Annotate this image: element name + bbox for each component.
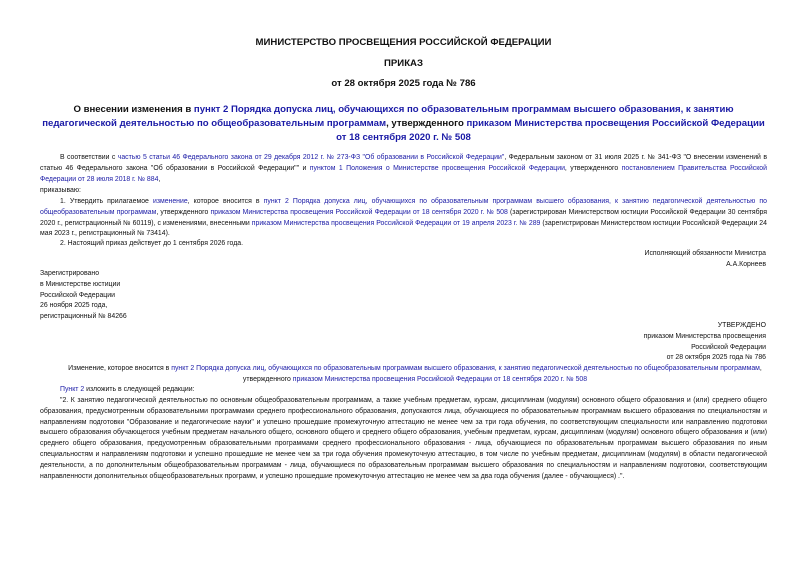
punkt-2-instruction: Пункт 2 изложить в следующей редакции:	[40, 385, 767, 396]
signatory-position: Исполняющий обязанности Министра	[645, 249, 766, 260]
document-page: МИНИСТЕРСТВО ПРОСВЕЩЕНИЯ РОССИЙСКОЙ ФЕДЕ…	[0, 0, 807, 571]
link-polozhenie[interactable]: пунктом 1 Положения о Министерстве просв…	[310, 165, 565, 172]
new-wording-paragraph: "2. К занятию педагогической деятельност…	[40, 396, 767, 482]
preamble-text: В соответствии с	[60, 154, 118, 161]
document-type: ПРИКАЗ	[0, 58, 807, 69]
registration-line: Российской Федерации	[40, 291, 127, 302]
registration-block: Зарегистрировано в Министерстве юстиции …	[40, 269, 127, 323]
prikazyvayu-text: приказываю:	[40, 186, 767, 197]
signatory-name: А.А.Корнеев	[645, 260, 766, 271]
change-title: Изменение, которое вносится в пункт 2 По…	[60, 364, 770, 386]
title-text: , утвержденного	[386, 118, 466, 129]
link-prikaz-508[interactable]: приказом Министерства просвещения Россий…	[211, 209, 508, 216]
preamble-text: , утвержденного	[565, 165, 622, 172]
registration-date: 26 ноября 2025 года,	[40, 301, 127, 312]
preamble-paragraph: В соответствии с частью 5 статьи 46 Феде…	[40, 153, 767, 185]
change-link-prikaz-508[interactable]: приказом Министерства просвещения Россий…	[293, 376, 587, 383]
link-izmenenie[interactable]: изменение	[153, 198, 188, 205]
approval-line: Российской Федерации	[644, 343, 766, 354]
item1-text: , которое вносится в	[188, 198, 264, 205]
approval-heading: УТВЕРЖДЕНО	[644, 321, 766, 332]
registration-line: Зарегистрировано	[40, 269, 127, 280]
item1-text: 1. Утвердить прилагаемое	[60, 198, 153, 205]
approval-block: УТВЕРЖДЕНО приказом Министерства просвещ…	[644, 321, 766, 364]
link-prikaz-289[interactable]: приказом Министерства просвещения Россий…	[252, 220, 541, 227]
registration-number: регистрационный № 84266	[40, 312, 127, 323]
registration-line: в Министерстве юстиции	[40, 280, 127, 291]
change-title-text: Изменение, которое вносится в	[68, 365, 171, 372]
preamble-text: ,	[158, 176, 160, 183]
item1-text: , утвержденного	[156, 209, 210, 216]
approval-date-number: от 28 октября 2025 года № 786	[644, 353, 766, 364]
approval-line: приказом Министерства просвещения	[644, 332, 766, 343]
signature-block: Исполняющий обязанности Министра А.А.Кор…	[645, 249, 766, 271]
ministry-name: МИНИСТЕРСТВО ПРОСВЕЩЕНИЯ РОССИЙСКОЙ ФЕДЕ…	[0, 37, 807, 48]
item-1-paragraph: 1. Утвердить прилагаемое изменение, кото…	[40, 197, 767, 240]
document-title: О внесении изменения в пункт 2 Порядка д…	[40, 103, 767, 145]
title-text: О внесении изменения в	[73, 104, 193, 115]
link-punkt-2[interactable]: Пункт 2	[60, 386, 84, 393]
punkt-instruction-text: изложить в следующей редакции:	[84, 386, 194, 393]
document-date-number: от 28 октября 2025 года № 786	[0, 78, 807, 89]
change-link-poryadok[interactable]: пункт 2 Порядка допуска лиц, обучающихся…	[171, 365, 760, 372]
link-law-273[interactable]: частью 5 статьи 46 Федерального закона о…	[118, 154, 505, 161]
